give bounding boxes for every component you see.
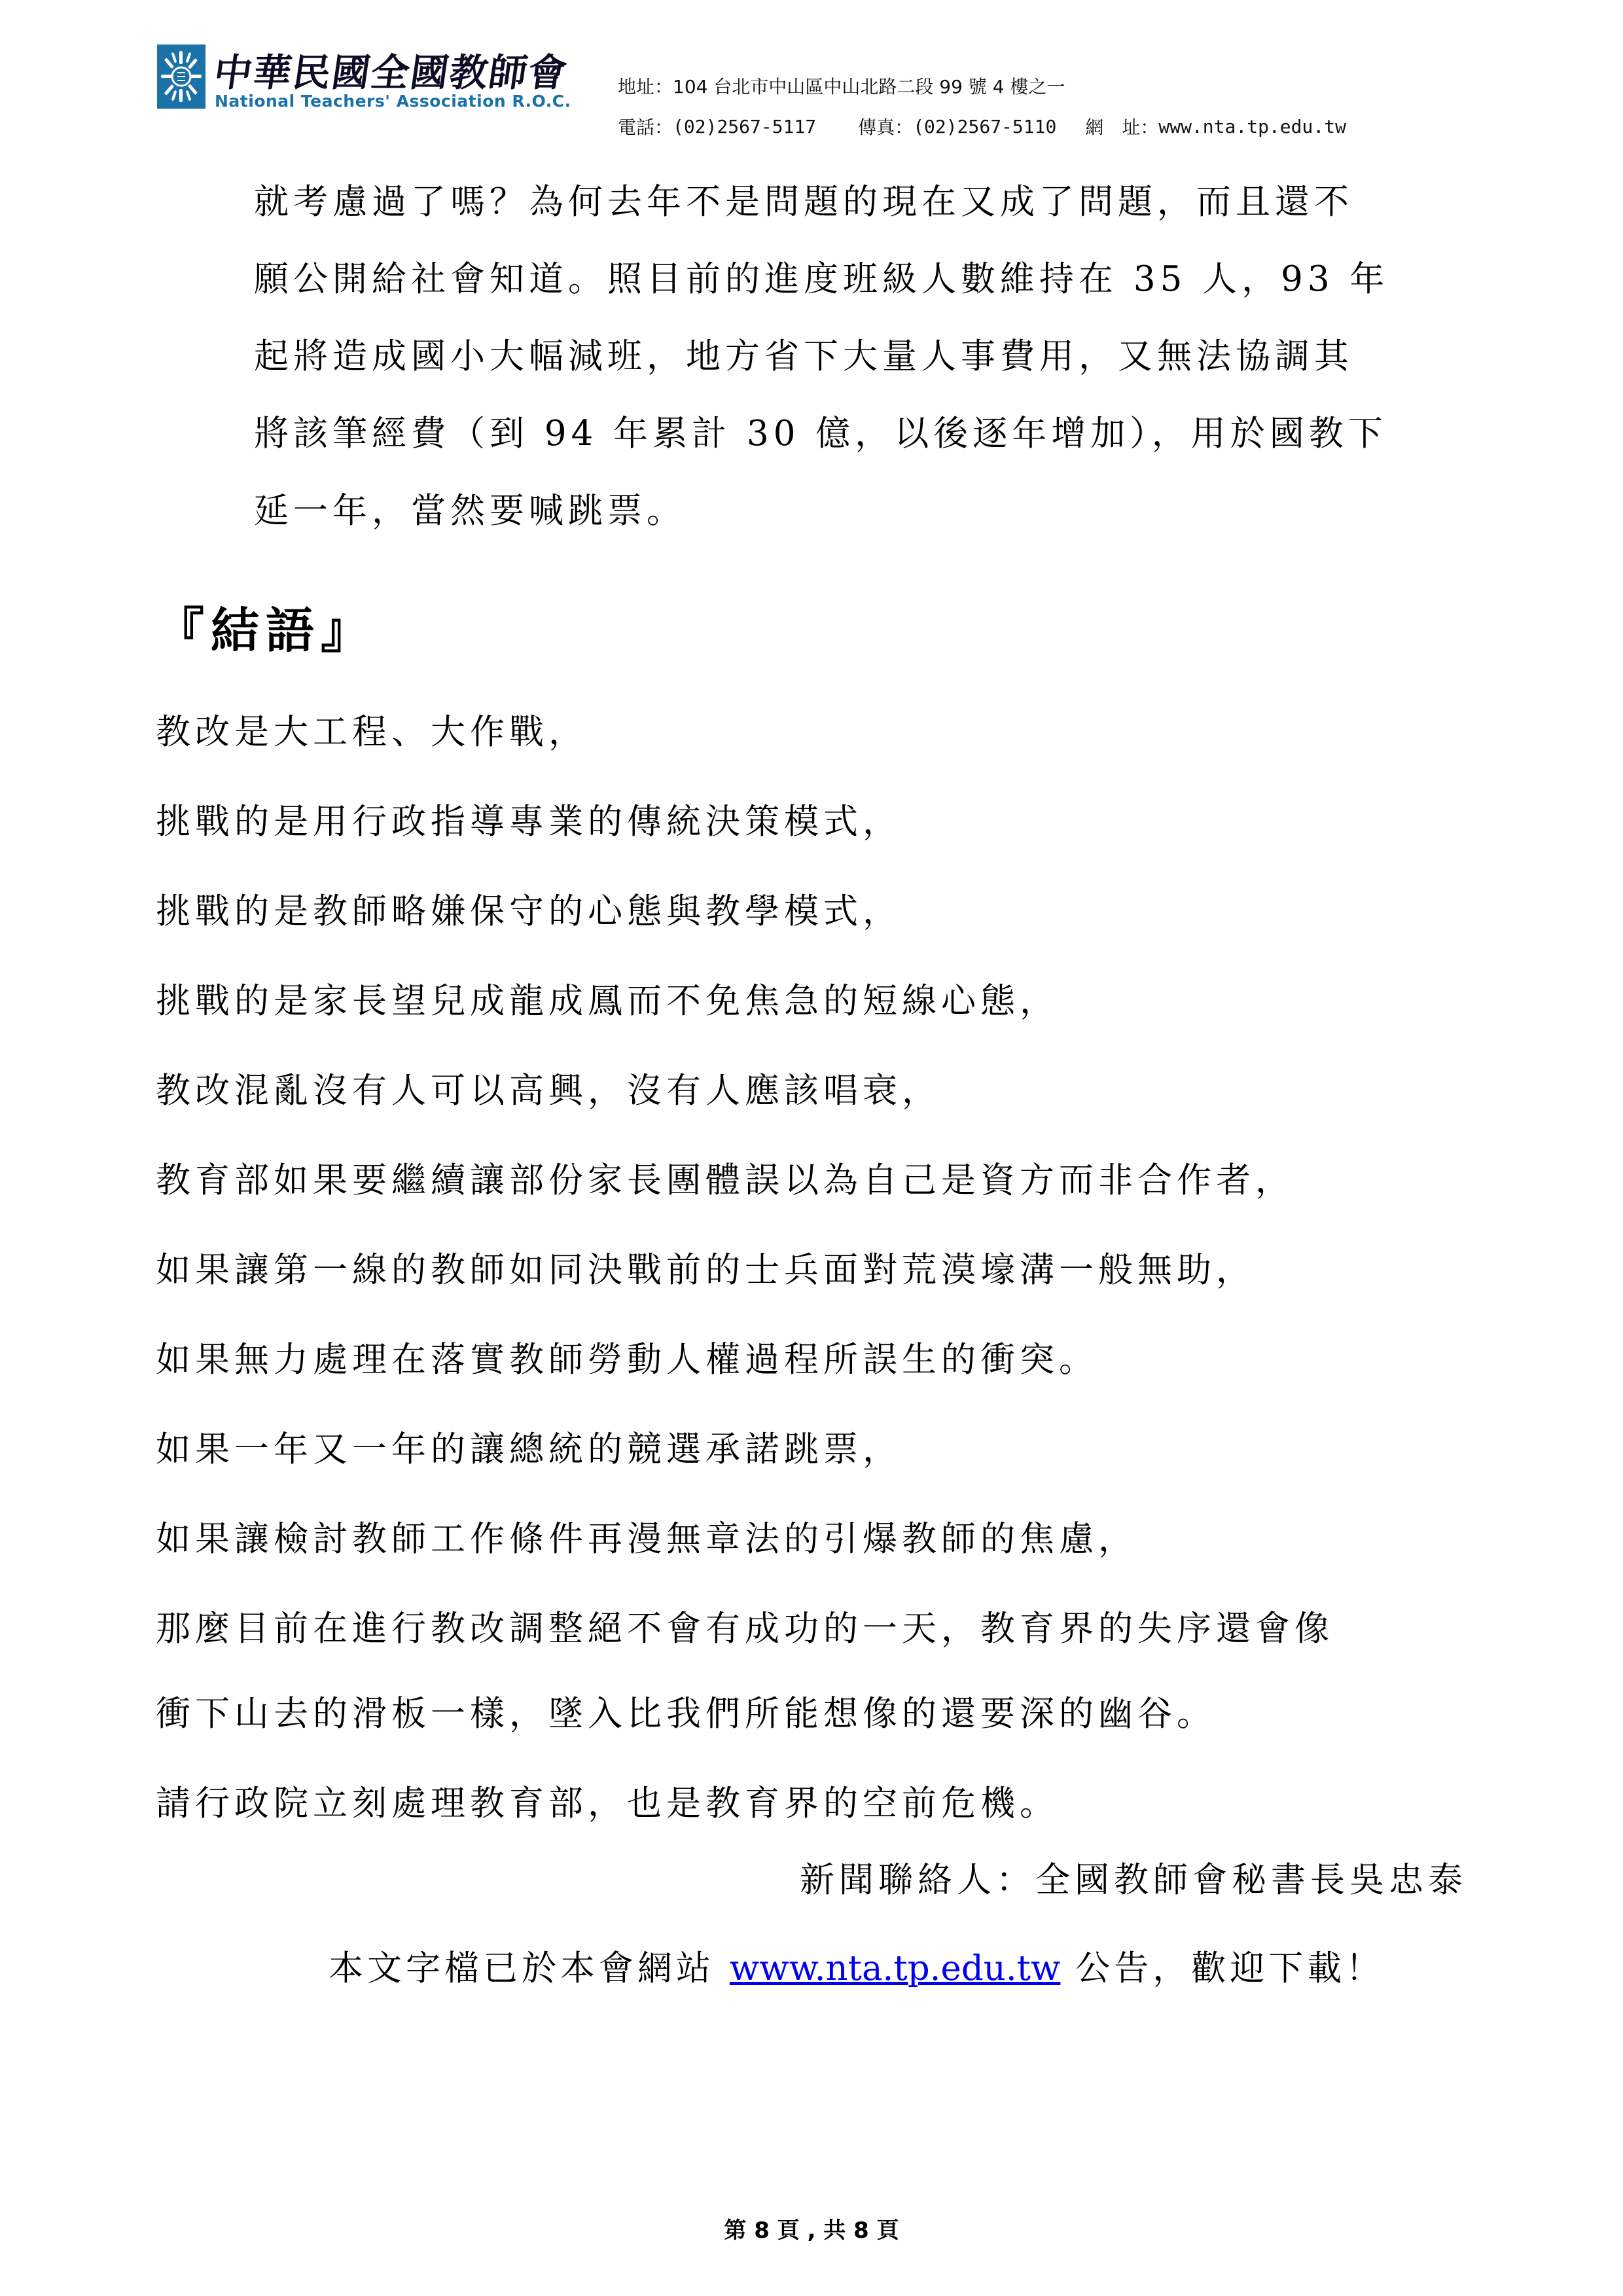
conclusion-line: 那麼目前在進行教改調整絕不會有成功的一天，教育界的失序還會像 bbox=[156, 1584, 1334, 1669]
page-number: 第 8 頁 , 共 8 頁 bbox=[0, 2212, 1623, 2244]
fax-label: 傳真： bbox=[858, 113, 913, 139]
conclusion-line: 如果一年又一年的讓總統的競選承諾跳票， bbox=[156, 1405, 1334, 1494]
conclusion-line: 教育部如果要繼續讓部份家長團體誤以為自己是資方而非合作者， bbox=[156, 1136, 1334, 1225]
conclusion-line: 挑戰的是家長望兒成龍成鳳而不免焦急的短線心態， bbox=[156, 956, 1334, 1046]
address-label: 地址： bbox=[618, 73, 673, 99]
conclusion-line: 教改是大工程、大作戰， bbox=[156, 687, 1334, 777]
conclusion-line: 如果無力處理在落實教師勞動人權過程所誤生的衝突。 bbox=[156, 1315, 1334, 1405]
section-heading-conclusion: 『結語』 bbox=[156, 592, 376, 662]
logo-chinese-name: 中華民國全國教師會 bbox=[211, 42, 572, 97]
address-row: 地址： 104 台北市中山區中山北路二段 99 號 4 樓之一 bbox=[618, 65, 1346, 106]
phone-label: 電話： bbox=[618, 113, 673, 139]
press-contact: 新聞聯絡人：全國教師會秘書長吳忠泰 bbox=[800, 1852, 1467, 1902]
paragraph-line: 願公開給社會知道。照目前的進度班級人數維持在 35 人，93 年 bbox=[254, 241, 1389, 318]
conclusion-line: 衝下山去的滑板一樣，墜入比我們所能想像的還要深的幽谷。 bbox=[156, 1669, 1334, 1759]
web-label: 網 址： bbox=[1085, 113, 1158, 139]
address-value: 104 台北市中山區中山北路二段 99 號 4 樓之一 bbox=[673, 73, 1065, 99]
conclusion-line: 挑戰的是教師略嫌保守的心態與教學模式， bbox=[156, 867, 1334, 956]
organization-logo: 中華民國全國教師會 National Teachers' Association… bbox=[157, 45, 543, 117]
sunflower-emblem-icon bbox=[157, 45, 205, 109]
website-link[interactable]: www.nta.tp.edu.tw bbox=[730, 1948, 1061, 1988]
conclusion-line: 如果讓檢討教師工作條件再漫無章法的引爆教師的焦慮， bbox=[156, 1494, 1334, 1584]
conclusion-line: 挑戰的是用行政指導專業的傳統決策模式， bbox=[156, 777, 1334, 867]
conclusion-line: 請行政院立刻處理教育部，也是教育界的空前危機。 bbox=[156, 1759, 1334, 1848]
phone-value: (02)2567-5117 bbox=[673, 116, 816, 137]
conclusion-line: 如果讓第一線的教師如同決戰前的士兵面對荒漠壕溝一般無助， bbox=[156, 1225, 1334, 1315]
paragraph-line: 就考慮過了嗎？為何去年不是問題的現在又成了問題，而且還不 bbox=[254, 164, 1389, 241]
web-value: www.nta.tp.edu.tw bbox=[1158, 116, 1346, 137]
contact-info: 地址： 104 台北市中山區中山北路二段 99 號 4 樓之一 電話： (02)… bbox=[618, 65, 1346, 147]
download-notice: 本文字檔已於本會網站 www.nta.tp.edu.tw 公告，歡迎下載！ bbox=[329, 1941, 1384, 1990]
paragraph-line: 將該筆經費（到 94 年累計 30 億，以後逐年增加），用於國教下 bbox=[254, 395, 1389, 473]
paragraph-line: 延一年，當然要喊跳票。 bbox=[254, 473, 1389, 550]
fax-value: (02)2567-5110 bbox=[913, 116, 1056, 137]
conclusion-body: 教改是大工程、大作戰， 挑戰的是用行政指導專業的傳統決策模式， 挑戰的是教師略嫌… bbox=[156, 687, 1334, 1848]
letterhead: 中華民國全國教師會 National Teachers' Association… bbox=[0, 0, 1623, 144]
logo-english-name: National Teachers' Association R.O.C. bbox=[215, 92, 571, 111]
download-prefix: 本文字檔已於本會網站 bbox=[329, 1948, 730, 1988]
conclusion-line: 教改混亂沒有人可以高興，沒有人應該唱衰， bbox=[156, 1046, 1334, 1136]
phone-fax-web-row: 電話： (02)2567-5117 傳真： (02)2567-5110 網 址：… bbox=[618, 106, 1346, 147]
continued-paragraph: 就考慮過了嗎？為何去年不是問題的現在又成了問題，而且還不 願公開給社會知道。照目… bbox=[254, 164, 1389, 550]
paragraph-line: 起將造成國小大幅減班，地方省下大量人事費用，又無法協調其 bbox=[254, 318, 1389, 395]
download-suffix: 公告，歡迎下載！ bbox=[1060, 1948, 1384, 1988]
